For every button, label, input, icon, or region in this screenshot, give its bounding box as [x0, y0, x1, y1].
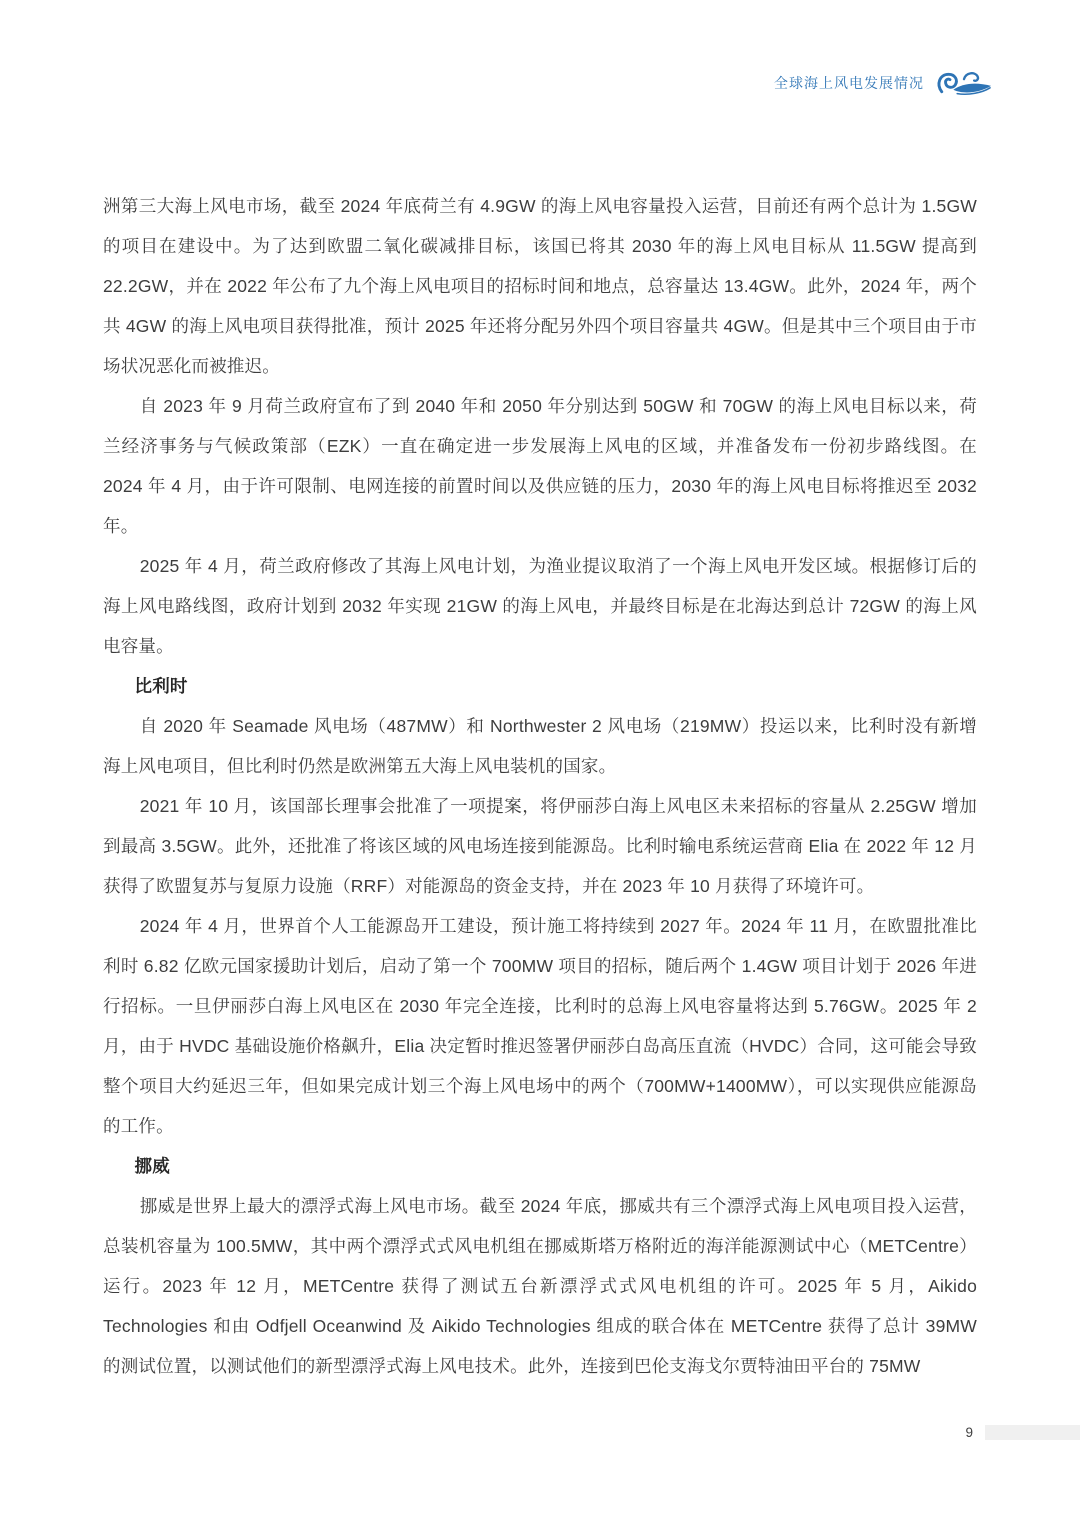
paragraph: 挪威是世界上最大的漂浮式海上风电市场。截至 2024 年底，挪威共有三个漂浮式海… [103, 1186, 977, 1386]
wave-logo-icon [934, 66, 992, 100]
paragraph: 2024 年 4 月，世界首个人工能源岛开工建设，预计施工将持续到 2027 年… [103, 906, 977, 1146]
paragraph: 自 2020 年 Seamade 风电场（487MW）和 Northwester… [103, 706, 977, 786]
page-number: 9 [965, 1425, 973, 1440]
section-heading: 挪威 [103, 1146, 977, 1186]
page-footer: 9 [965, 1425, 1080, 1440]
page-number-bar [985, 1425, 1080, 1440]
header-title: 全球海上风电发展情况 [774, 73, 924, 93]
paragraph: 自 2023 年 9 月荷兰政府宣布了到 2040 年和 2050 年分别达到 … [103, 386, 977, 546]
document-body: 洲第三大海上风电市场，截至 2024 年底荷兰有 4.9GW 的海上风电容量投入… [103, 186, 977, 1386]
page-header: 全球海上风电发展情况 [774, 66, 992, 100]
document-page: 全球海上风电发展情况 洲第三大海上风电市场，截至 2024 年底荷兰有 4.9G… [0, 0, 1080, 1527]
paragraph: 2021 年 10 月，该国部长理事会批准了一项提案，将伊丽莎白海上风电区未来招… [103, 786, 977, 906]
paragraph: 洲第三大海上风电市场，截至 2024 年底荷兰有 4.9GW 的海上风电容量投入… [103, 186, 977, 386]
section-heading: 比利时 [103, 666, 977, 706]
paragraph: 2025 年 4 月，荷兰政府修改了其海上风电计划，为渔业提议取消了一个海上风电… [103, 546, 977, 666]
